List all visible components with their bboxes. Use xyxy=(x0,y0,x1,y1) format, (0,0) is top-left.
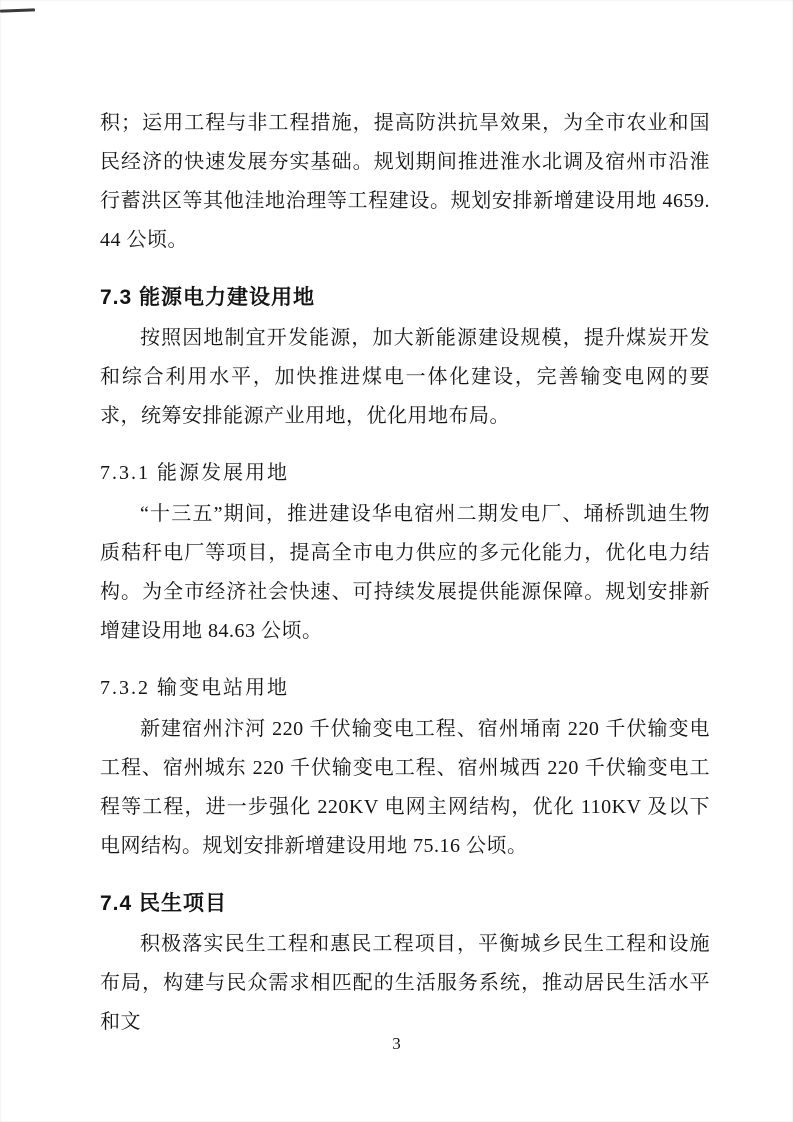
scan-artifact-line xyxy=(0,8,35,12)
paragraph-livelihood-projects: 积极落实民生工程和惠民工程项目，平衡城乡民生工程和设施布局，构建与民众需求相匹配… xyxy=(100,925,710,1042)
paragraph-flood-control-continuation: 积；运用工程与非工程措施，提高防洪抗旱效果，为全市农业和国民经济的快速发展夯实基… xyxy=(100,104,710,260)
page-number: 3 xyxy=(0,1034,793,1054)
heading-7-3-energy-power-land: 7.3 能源电力建设用地 xyxy=(100,278,710,317)
heading-7-3-2-substation-land: 7.3.2 输变电站用地 xyxy=(100,669,710,708)
heading-7-3-1-energy-development-land: 7.3.1 能源发展用地 xyxy=(100,454,710,493)
document-page: 积；运用工程与非工程措施，提高防洪抗旱效果，为全市农业和国民经济的快速发展夯实基… xyxy=(0,0,793,1122)
paragraph-energy-overview: 按照因地制宜开发能源，加大新能源建设规模，提升煤炭开发和综合利用水平，加快推进煤… xyxy=(100,319,710,436)
paragraph-energy-development: “十三五”期间，推进建设华电宿州二期发电厂、埇桥凯迪生物质秸秆电厂等项目，提高全… xyxy=(100,495,710,651)
heading-7-4-livelihood-projects: 7.4 民生项目 xyxy=(100,884,710,923)
paragraph-substation-projects: 新建宿州汴河 220 千伏输变电工程、宿州埇南 220 千伏输变电工程、宿州城东… xyxy=(100,710,710,866)
